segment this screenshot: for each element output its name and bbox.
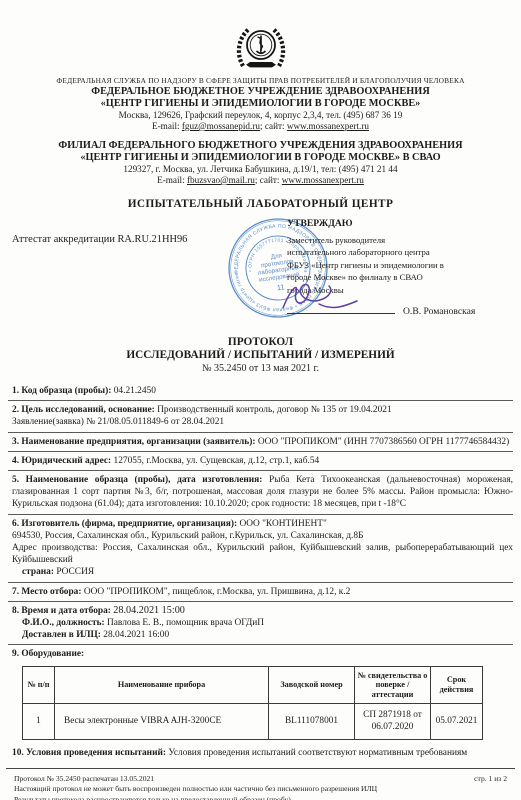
footer-divider — [6, 768, 515, 769]
rospotrebnadzor-emblem-icon — [233, 24, 289, 74]
section-sample-name: 5. Наименование образца (пробы), дата из… — [8, 471, 513, 514]
signer-name: О.В. Романовская — [403, 306, 475, 317]
section-value: Производственный контроль, договор № 135… — [157, 405, 392, 415]
country-label: страна: — [22, 567, 54, 577]
branch-address: 129327, г. Москва, ул. Летчика Бабушкина… — [0, 164, 521, 174]
section-value: Условия проведения испытаний соответству… — [168, 748, 467, 758]
org-name-line1: ФЕДЕРАЛЬНОЕ БЮДЖЕТНОЕ УЧРЕЖДЕНИЕ ЗДРАВОО… — [0, 86, 521, 97]
section-label: 6. Изготовитель (фирма, предприятие, орг… — [12, 519, 237, 529]
branch-header: ФИЛИАЛ ФЕДЕРАЛЬНОГО БЮДЖЕТНОГО УЧРЕЖДЕНИ… — [0, 140, 521, 185]
section-label: 4. Юридический адрес: — [12, 456, 111, 466]
section-legal-address: 4. Юридический адрес: 127055, г.Москва, … — [8, 452, 513, 470]
protocol-title: ПРОТОКОЛ — [0, 336, 521, 348]
protocol-sections: 1. Код образца (пробы): 04.21.2450 2. Це… — [8, 382, 513, 763]
approver-line3: ФБУЗ «Центр гигиены и эпидемиологии в — [287, 259, 515, 272]
section-label: 5. Наименование образца (пробы), дата из… — [12, 475, 262, 485]
page-footer: Протокол № 35.2450 распечатан 13.05.2021… — [14, 774, 507, 800]
section-value: 28.04.2021 15:00 — [113, 605, 185, 616]
protocol-number-date: № 35.2450 от 13 мая 2021 г. — [0, 363, 521, 374]
protocol-subtitle: ИССЛЕДОВАНИЙ / ИСПЫТАНИЙ / ИЗМЕРЕНИЙ — [0, 349, 521, 361]
manufacturer-address: 694530, Россия, Сахалинская обл., Куриль… — [12, 530, 513, 542]
site-label: сайт: — [260, 175, 280, 185]
email-label: E-mail: — [157, 175, 185, 185]
footer-printed: Протокол № 35.2450 распечатан 13.05.2021 — [14, 774, 154, 785]
approver-line1: Заместитель руководителя — [287, 234, 515, 247]
federal-service-line: ФЕДЕРАЛЬНАЯ СЛУЖБА ПО НАДЗОРУ В СФЕРЕ ЗА… — [0, 76, 521, 85]
application-line: Заявление(заявка) № 21/08.05.011849-6 от… — [12, 416, 513, 428]
section-applicant: 3. Наименование предприятия, организации… — [8, 433, 513, 451]
branch-site-link[interactable]: www.mossanexpert.ru — [282, 175, 364, 185]
cell-validity: 05.07.2021 — [431, 704, 483, 740]
separator: ; — [260, 121, 263, 131]
approve-text-block: УТВЕРЖДАЮ Заместитель руководителя испыт… — [287, 218, 515, 318]
org-email-link[interactable]: fguz@mossanepid.ru — [182, 121, 260, 131]
equipment-table: № п/п Наименование прибора Заводской ном… — [22, 666, 483, 741]
section-sampling-place: 7. Место отбора: ООО "ПРОПИКОМ", пищебло… — [8, 583, 513, 601]
branch-email-link[interactable]: fbuzsvao@mail.ru — [187, 175, 255, 185]
section-purpose: 2. Цель исследований, основание: Произво… — [8, 401, 513, 431]
section-sampling-time: 8. Время и дата отбора: 28.04.2021 15:00… — [8, 602, 513, 645]
protocol-document-page: ФЕДЕРАЛЬНАЯ СЛУЖБА ПО НАДЗОРУ В СФЕРЕ ЗА… — [0, 0, 521, 800]
accreditation-certificate: Аттестат аккредитации RA.RU.21НН96 — [12, 234, 187, 245]
col-serial: Заводской номер — [269, 666, 355, 704]
org-address: Москва, 129626, Графский переулок, 4, ко… — [0, 110, 521, 120]
cell-certificate: СП 2871918 от 06.07.2020 — [355, 704, 431, 740]
protocol-title-block: ПРОТОКОЛ ИССЛЕДОВАНИЙ / ИСПЫТАНИЙ / ИЗМЕ… — [0, 336, 521, 374]
approval-block: Аттестат аккредитации RA.RU.21НН96 ФЕДЕР… — [0, 218, 521, 330]
section-label: 8. Время и дата отбора: — [12, 606, 111, 616]
fio-value: Павлова Е. В., помощник врача ОГДиП — [107, 618, 264, 628]
section-manufacturer: 6. Изготовитель (фирма, предприятие, орг… — [8, 515, 513, 582]
signature-row: О.В. Романовская — [287, 304, 515, 319]
section-value: 127055, г.Москва, ул. Сущевская, д.12, с… — [114, 456, 320, 466]
section-value: ООО "ПРОПИКОМ" (ИНН 7707386560 ОГРН 1177… — [258, 437, 509, 447]
org-site-link[interactable]: www.mossanexpert.ru — [287, 121, 369, 131]
section-label: 7. Место отбора: — [12, 587, 82, 597]
footer-page-number: стр. 1 из 2 — [474, 774, 507, 785]
section-label: 2. Цель исследований, основание: — [12, 405, 155, 415]
cell-device-name: Весы электронные VIBRA AJH-3200CE — [55, 704, 269, 740]
site-label: сайт: — [265, 121, 285, 131]
col-certificate: № свидетельства о поверке / аттестации — [355, 666, 431, 704]
approver-line2: испытательного лабораторного центра — [287, 246, 515, 259]
email-label: E-mail: — [152, 121, 180, 131]
org-contact-line: E-mail: fguz@mossanepid.ru; сайт: www.mo… — [0, 121, 521, 131]
branch-contact-line: E-mail: fbuzsvao@mail.ru; сайт: www.moss… — [0, 175, 521, 185]
equipment-table-header-row: № п/п Наименование прибора Заводской ном… — [23, 666, 483, 704]
section-equipment: 9. Оборудование: — [8, 645, 513, 663]
section-test-conditions: 10. Условия проведения испытаний: Услови… — [8, 744, 513, 762]
section-value: ООО "ПРОПИКОМ", пищеблок, г.Москва, ул. … — [84, 587, 351, 597]
delivered-label: Доставлен в ИЛЦ: — [22, 630, 101, 640]
col-number: № п/п — [23, 666, 55, 704]
section-value: ООО "КОНТИНЕНТ" — [239, 519, 326, 529]
equipment-table-row: 1 Весы электронные VIBRA AJH-3200CE BL11… — [23, 704, 483, 740]
fio-label: Ф.И.О., должность: — [22, 618, 105, 628]
handwritten-signature-icon — [275, 276, 361, 316]
col-validity: Срок действия — [431, 666, 483, 704]
footer-note2: Результаты протокола распространяются то… — [14, 795, 507, 800]
section-value: 04.21.2450 — [114, 386, 156, 396]
sampler-line: Ф.И.О., должность: Павлова Е. В., помощн… — [12, 617, 513, 629]
document-header: ФЕДЕРАЛЬНАЯ СЛУЖБА ПО НАДЗОРУ В СФЕРЕ ЗА… — [0, 0, 521, 131]
org-name-line2: «ЦЕНТР ГИГИЕНЫ И ЭПИДЕМИОЛОГИИ В ГОРОДЕ … — [0, 98, 521, 109]
branch-name-line2: «ЦЕНТР ГИГИЕНЫ И ЭПИДЕМИОЛОГИИ В ГОРОДЕ … — [0, 152, 521, 163]
footer-note1: Настоящий протокол не может быть воспрои… — [14, 784, 507, 795]
col-device-name: Наименование прибора — [55, 666, 269, 704]
section-label: 9. Оборудование: — [12, 649, 84, 659]
section-label: 10. Условия проведения испытаний: — [12, 748, 166, 758]
separator: ; — [255, 175, 258, 185]
cell-number: 1 — [23, 704, 55, 740]
approve-label: УТВЕРЖДАЮ — [287, 218, 515, 231]
cell-serial: BL111078001 — [269, 704, 355, 740]
delivered-line: Доставлен в ИЛЦ: 28.04.2021 16:00 — [12, 629, 513, 641]
branch-name-line1: ФИЛИАЛ ФЕДЕРАЛЬНОГО БЮДЖЕТНОГО УЧРЕЖДЕНИ… — [0, 140, 521, 151]
country-line: страна: РОССИЯ — [12, 566, 513, 578]
country-value: РОССИЯ — [56, 567, 94, 577]
section-label: 3. Наименование предприятия, организации… — [12, 437, 255, 447]
section-label: 1. Код образца (пробы): — [12, 386, 111, 396]
lab-center-title: ИСПЫТАТЕЛЬНЫЙ ЛАБОРАТОРНЫЙ ЦЕНТР — [0, 198, 521, 210]
section-sample-code: 1. Код образца (пробы): 04.21.2450 — [8, 382, 513, 400]
production-address: Адрес производства: Россия, Сахалинская … — [12, 542, 513, 566]
delivered-value: 28.04.2021 16:00 — [103, 630, 169, 640]
